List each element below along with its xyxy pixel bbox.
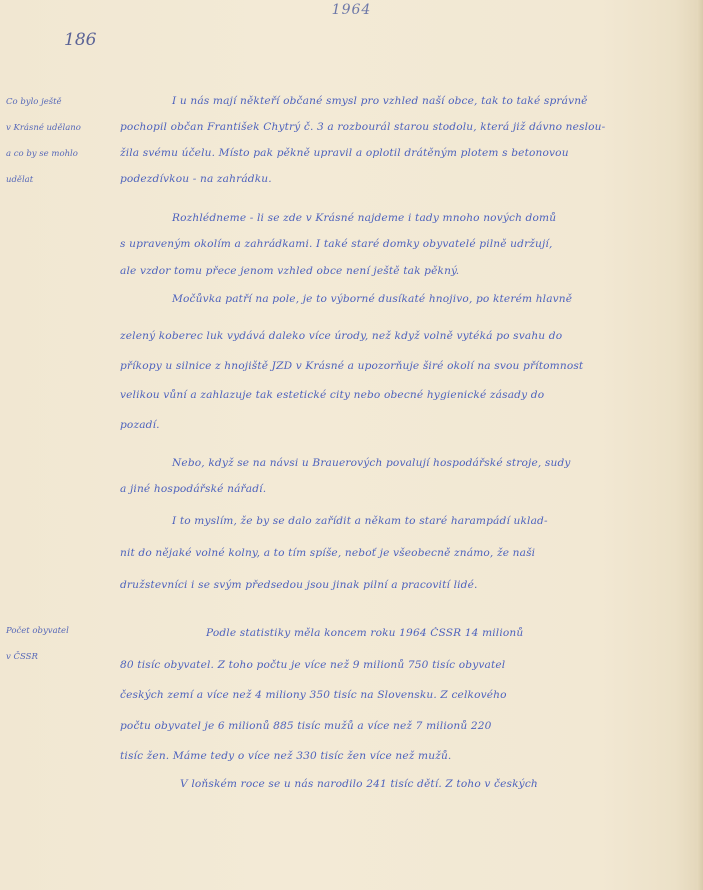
margin-note-line: v Krásné udělano	[6, 115, 84, 141]
text-line: počtu obyvatel je 6 milionů 885 tisíc mu…	[120, 720, 665, 732]
text-line: podezdívkou - na zahrádku.	[120, 173, 665, 185]
text-line: V loňském roce se u nás narodilo 241 tis…	[120, 778, 665, 790]
text-line: I u nás mají někteří občané smysl pro vz…	[120, 95, 665, 107]
text-line: 80 tisíc obyvatel. Z toho počtu je více …	[120, 659, 665, 671]
text-line: nit do nějaké volné kolny, a to tím spíš…	[120, 547, 665, 559]
text-line: I to myslím, že by se dalo zařídit a něk…	[120, 515, 665, 527]
page-number: 186	[64, 30, 96, 50]
text-line: Podle statistiky měla koncem roku 1964 Č…	[120, 627, 665, 639]
text-line: českých zemí a více než 4 miliony 350 ti…	[120, 689, 665, 701]
chronicle-page: 1964 186 Co bylo ještě v Krásné udělano …	[0, 0, 703, 890]
text-line: Močůvka patří na pole, je to výborné dus…	[120, 293, 665, 305]
page-year: 1964	[0, 2, 703, 18]
margin-note-population: Počet obyvatel v ČSSR	[6, 618, 84, 670]
margin-note-line: Počet obyvatel	[6, 618, 84, 644]
text-line: pozadí.	[120, 419, 665, 431]
margin-note-line: udělat	[6, 167, 84, 193]
text-line: zelený koberec luk vydává daleko více úr…	[120, 330, 665, 342]
margin-note-improvements: Co bylo ještě v Krásné udělano a co by s…	[6, 89, 84, 193]
margin-note-line: v ČSSR	[6, 644, 84, 670]
text-line: a jiné hospodářské nářadí.	[120, 483, 665, 495]
text-line: žila svému účelu. Místo pak pěkně upravi…	[120, 147, 665, 159]
text-line: příkopy u silnice z hnojiště JZD v Krásn…	[120, 360, 665, 372]
text-line: ale vzdor tomu přece jenom vzhled obce n…	[120, 265, 665, 277]
page-edge	[697, 0, 703, 890]
text-line: družstevníci i se svým předsedou jsou ji…	[120, 579, 665, 591]
text-line: Rozhlédneme - li se zde v Krásné najdeme…	[120, 212, 665, 224]
text-line: Nebo, když se na návsi u Brauerových pov…	[120, 457, 665, 469]
text-line: pochopil občan František Chytrý č. 3 a r…	[120, 121, 665, 133]
margin-note-line: a co by se mohlo	[6, 141, 84, 167]
text-line: velikou vůní a zahlazuje tak estetické c…	[120, 389, 665, 401]
text-line: s upraveným okolím a zahrádkami. I také …	[120, 238, 665, 250]
text-line: tisíc žen. Máme tedy o více než 330 tisí…	[120, 750, 665, 762]
margin-note-line: Co bylo ještě	[6, 89, 84, 115]
